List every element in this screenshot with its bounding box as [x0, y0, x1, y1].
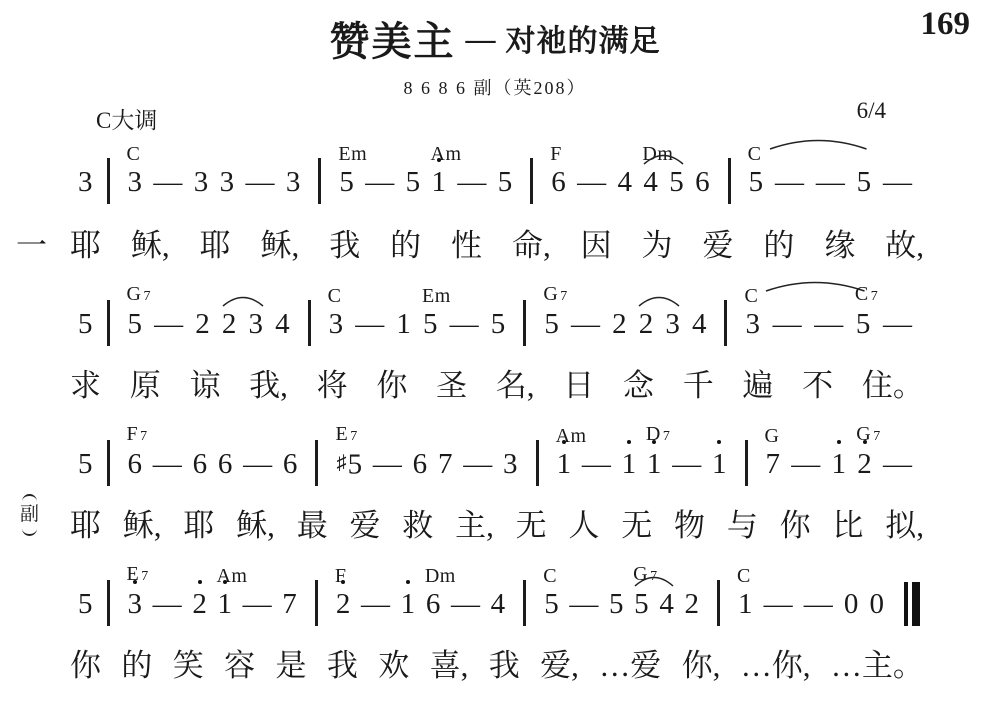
note-digit: 3: [194, 166, 209, 198]
note: 6: [193, 446, 208, 482]
lyric-syllable: 千: [683, 364, 714, 408]
note-digit: —: [883, 166, 912, 198]
lyric-syllable: 容: [224, 644, 255, 688]
note-digit: 3: [329, 308, 344, 340]
octave-dot: [198, 580, 202, 584]
lyric-syllable: 原: [130, 364, 161, 408]
note-digit: 3: [665, 308, 680, 340]
lyric-syllable: 稣,: [236, 504, 275, 548]
note-digit: 3: [78, 166, 93, 198]
lyric-syllable: 耶: [183, 504, 214, 548]
note-digit: 4: [491, 588, 506, 620]
note-digit: 5: [78, 308, 93, 340]
note: 2: [684, 586, 699, 622]
lyric-line-1: 一耶稣,耶稣,我的性命,因为爱的缘故,: [70, 224, 924, 268]
duration-dash: —: [373, 446, 402, 482]
note: 5: [491, 306, 506, 342]
note: 7: [438, 446, 453, 482]
octave-dot: [562, 440, 566, 444]
hymn-title-subtitle: 对祂的满足: [506, 25, 661, 58]
note: Am1: [557, 446, 572, 482]
note-digit: 5: [498, 166, 513, 198]
note: Em5: [423, 306, 438, 342]
duration-dash: —: [791, 446, 820, 482]
lyric-syllable: 比: [832, 504, 863, 548]
note-digit: —: [773, 308, 802, 340]
tie-arc: [765, 278, 866, 294]
note: 1: [401, 586, 416, 622]
lyric-syllable: 耶: [70, 224, 101, 268]
note-digit: —: [243, 588, 272, 620]
measure: C5——5—: [739, 164, 922, 200]
barline: [318, 158, 321, 204]
pickup-note: 3: [78, 164, 93, 200]
note-digit: 6: [426, 588, 441, 620]
note-digit: 5: [78, 448, 93, 480]
lyric-syllable: 稣,: [131, 224, 170, 268]
lyric-syllable: 我: [489, 644, 520, 688]
octave-dot: [341, 580, 345, 584]
verse-number: 一: [16, 224, 47, 268]
note-digit: 3: [286, 166, 301, 198]
lyric-syllable: 爱: [349, 504, 380, 548]
duration-dash: —: [775, 164, 804, 200]
chord-quality: 7: [140, 429, 148, 444]
note-digit: 3: [128, 588, 143, 620]
note: 1: [832, 446, 847, 482]
chord-quality: 7: [873, 429, 881, 444]
duration-dash: —: [243, 586, 272, 622]
note-digit: —: [791, 448, 820, 480]
note: C3: [128, 164, 143, 200]
duration-dash: —: [153, 446, 182, 482]
chord-root: Am: [431, 143, 462, 165]
barline: [107, 580, 110, 626]
note: F6: [551, 164, 566, 200]
rest-note: 0: [844, 586, 859, 622]
pickup-note: 5: [78, 446, 93, 482]
duration-dash: —: [451, 586, 480, 622]
lyric-syllable: 故,: [885, 224, 924, 268]
lyric-syllable: 耶: [70, 504, 101, 548]
duration-dash: —: [246, 164, 275, 200]
chord-root: Am: [216, 565, 247, 587]
note-digit: 4: [275, 308, 290, 340]
note-digit: —: [672, 448, 701, 480]
duration-dash: —: [883, 446, 912, 482]
note-digit: 6: [128, 448, 143, 480]
refrain-marker: 副: [20, 494, 39, 536]
note-digit: —: [571, 308, 600, 340]
note-digit: 5: [669, 166, 684, 198]
note: 1: [622, 446, 637, 482]
chord-label: Dm: [425, 568, 456, 585]
measure: F6—4Dm456: [541, 164, 719, 200]
lyric-syllable: 名,: [496, 364, 535, 408]
lyric-syllable: 我,: [249, 364, 288, 408]
note-digit: —: [153, 448, 182, 480]
lyric-syllable: 住。: [862, 364, 924, 408]
note: 1: [396, 306, 411, 342]
measure: E73—2Am1—7: [118, 586, 307, 622]
lyric-syllable: 我: [327, 644, 358, 688]
duration-dash: —: [243, 446, 272, 482]
note-digit: —: [246, 166, 275, 198]
chord-root: C: [737, 565, 751, 587]
octave-dot: [837, 440, 841, 444]
chord-root: C: [328, 285, 342, 307]
note-digit: 2: [612, 308, 627, 340]
note-digit: 6: [218, 448, 233, 480]
note: G7: [766, 446, 781, 482]
barline: [523, 300, 526, 346]
note: 2: [195, 306, 210, 342]
note-digit: —: [451, 588, 480, 620]
duration-dash: —: [773, 306, 802, 342]
lyric-syllable: 稣,: [123, 504, 162, 548]
note-digit: 1: [647, 448, 662, 480]
chord-label: Dm: [642, 146, 673, 163]
note: 1: [712, 446, 727, 482]
measure: C1——00: [728, 586, 894, 622]
octave-dot: [652, 440, 656, 444]
note-digit: —: [764, 588, 793, 620]
note-digit: 2: [336, 588, 351, 620]
barline: [728, 158, 731, 204]
duration-dash: —: [457, 164, 486, 200]
chord-label: Em: [338, 146, 367, 163]
note-digit: 3: [249, 308, 264, 340]
chord-quality: 7: [560, 289, 568, 304]
lyric-syllable: 拟,: [885, 504, 924, 548]
note: 2: [192, 586, 207, 622]
chord-root: F: [127, 423, 139, 445]
note: G72: [857, 446, 872, 482]
note-digit: 5: [857, 166, 872, 198]
lyric-syllable: 求: [70, 364, 101, 408]
lyric-syllable: 缘: [824, 224, 855, 268]
lyric-syllable: 欢: [378, 644, 409, 688]
chord-root: G: [633, 563, 648, 585]
chord-label: C: [328, 288, 342, 305]
note-digit: 0: [869, 588, 884, 620]
duration-dash: —: [153, 586, 182, 622]
meter-info: 8 6 8 6 副（英208）: [0, 74, 990, 100]
lyric-syllable: 物: [674, 504, 705, 548]
hymn-title-separator: —: [466, 23, 496, 56]
chord-label: D7: [646, 426, 670, 445]
note-digit: 2: [684, 588, 699, 620]
pickup-note: 5: [78, 306, 93, 342]
note-digit: —: [153, 588, 182, 620]
lyric-syllable: 命,: [512, 224, 551, 268]
note: 4: [618, 164, 633, 200]
music-line-2: 5G75—2234C3—1Em5—5G75—2234C3——C75—: [74, 300, 922, 342]
duration-dash: —: [571, 306, 600, 342]
note-digit: 5: [609, 588, 624, 620]
octave-dot: [863, 440, 867, 444]
note-digit: —: [355, 308, 384, 340]
refrain-label: 副: [20, 504, 39, 526]
lyric-syllable: 爱: [702, 224, 733, 268]
lyric-syllable: 的: [763, 224, 794, 268]
note-digit: 4: [692, 308, 707, 340]
chord-root: Dm: [425, 565, 456, 587]
lyric-syllable: 你: [376, 364, 407, 408]
note-digit: 5: [339, 166, 354, 198]
chord-root: F: [550, 143, 562, 165]
note: 3: [665, 306, 680, 342]
lyric-syllable: …主。: [831, 644, 924, 688]
lyric-syllable: 因: [581, 224, 612, 268]
chord-root: G: [765, 425, 780, 447]
note-digit: —: [243, 448, 272, 480]
lyric-syllable: …你,: [741, 644, 811, 688]
measure: Em5—5Am1—5: [329, 164, 522, 200]
time-signature: 6/4: [857, 98, 886, 124]
note-digit: —: [814, 308, 843, 340]
duration-dash: —: [804, 586, 833, 622]
note-digit: 5: [544, 308, 559, 340]
chord-root: C: [127, 143, 141, 165]
chord-root: C: [744, 285, 758, 307]
note: 5: [669, 164, 684, 200]
measure: G75—2234: [534, 306, 716, 342]
lyric-syllable: …爱: [599, 644, 661, 688]
chord-label: G7: [633, 566, 657, 585]
duration-dash: —: [361, 586, 390, 622]
duration-dash: —: [569, 586, 598, 622]
duration-dash: —: [582, 446, 611, 482]
note-digit: 6: [551, 166, 566, 198]
note-digit: 4: [618, 166, 633, 198]
note: 6: [413, 446, 428, 482]
hymn-title-main: 赞美主: [330, 20, 456, 64]
lyric-syllable: 我: [329, 224, 360, 268]
note: 5: [609, 586, 624, 622]
note-digit: —: [577, 166, 606, 198]
chord-root: F: [335, 565, 347, 587]
duration-dash: —: [365, 164, 394, 200]
note-digit: —: [463, 448, 492, 480]
chord-label: F: [550, 146, 562, 163]
barline: [315, 580, 318, 626]
lyric-syllable: 无: [621, 504, 652, 548]
barline: [530, 158, 533, 204]
chord-label: Am: [431, 146, 462, 163]
note-digit: 1: [832, 448, 847, 480]
note: 4: [275, 306, 290, 342]
note-digit: 2: [639, 308, 654, 340]
note-digit: 7: [282, 588, 297, 620]
duration-dash: —: [672, 446, 701, 482]
lyric-syllable: 将: [317, 364, 348, 408]
lyric-syllable: 是: [276, 644, 307, 688]
chord-label: C: [737, 568, 751, 585]
note: Dm4: [643, 164, 658, 200]
lyric-line-4: 你的笑容是我欢喜,我爱,…爱你,…你,…主。: [70, 644, 924, 688]
chord-root: E: [335, 423, 348, 445]
note: F76: [128, 446, 143, 482]
hymn-title: 赞美主—对祂的满足: [0, 10, 990, 67]
note-digit: —: [775, 166, 804, 198]
duration-dash: —: [816, 164, 845, 200]
note: 5: [498, 164, 513, 200]
note: 3: [249, 306, 264, 342]
note-digit: 5: [634, 588, 649, 620]
octave-dot: [627, 440, 631, 444]
note: 7: [282, 586, 297, 622]
barline: [107, 300, 110, 346]
note-digit: —: [569, 588, 598, 620]
note-digit: 2: [192, 588, 207, 620]
measure: F76—66—6: [118, 446, 308, 482]
note-digit: —: [816, 166, 845, 198]
barline: [523, 580, 526, 626]
note: 5: [406, 164, 421, 200]
note-digit: 5: [348, 448, 363, 480]
octave-dot: [437, 158, 441, 162]
note: E7♯5: [336, 445, 362, 482]
chord-label: C: [543, 568, 557, 585]
note: 3: [194, 164, 209, 200]
lyric-syllable: 不: [802, 364, 833, 408]
final-barline-thin: [904, 582, 908, 626]
measure: C3—33—3: [118, 164, 311, 200]
note: 6: [283, 446, 298, 482]
note: 3: [286, 164, 301, 200]
chord-label: Am: [556, 428, 587, 445]
barline: [308, 300, 311, 346]
duration-dash: —: [764, 586, 793, 622]
key-signature: C大调: [96, 102, 157, 135]
note: Am1: [432, 164, 447, 200]
note-digit: 6: [413, 448, 428, 480]
note-digit: 5: [78, 588, 93, 620]
chord-quality: 7: [871, 289, 879, 304]
duration-dash: —: [883, 306, 912, 342]
duration-dash: —: [814, 306, 843, 342]
lyric-syllable: 遍: [742, 364, 773, 408]
chord-label: E7: [127, 566, 149, 585]
duration-dash: —: [883, 164, 912, 200]
lyric-syllable: 无: [516, 504, 547, 548]
octave-dot: [223, 580, 227, 584]
lyric-syllable: 人: [568, 504, 599, 548]
note-digit: 4: [659, 588, 674, 620]
note: C1: [738, 586, 753, 622]
lyric-line-2: 求原谅我,将你圣名,日念千遍不住。: [70, 364, 924, 408]
note: 4: [491, 586, 506, 622]
lyric-syllable: 的: [390, 224, 421, 268]
music-line-4: 5E73—2Am1—7F2—1Dm6—4C5—5G7542C1——00: [74, 580, 922, 622]
note: G75: [634, 586, 649, 622]
note-digit: 0: [844, 588, 859, 620]
note: G75: [544, 306, 559, 342]
note: C75: [856, 306, 871, 342]
chord-label: Am: [216, 568, 247, 585]
octave-dot: [133, 580, 137, 584]
note-digit: 1: [401, 588, 416, 620]
music-line-3: 5F76—66—6E7♯5—67—3Am1—1D71—1G7—1G72—: [74, 440, 922, 482]
chord-label: C: [127, 146, 141, 163]
note-digit: 6: [193, 448, 208, 480]
note-digit: 1: [557, 448, 572, 480]
chord-label: G7: [127, 286, 151, 305]
note-digit: —: [153, 166, 182, 198]
note-digit: 5: [406, 166, 421, 198]
final-barline-thick: [912, 582, 920, 626]
duration-dash: —: [463, 446, 492, 482]
chord-quality: 7: [141, 569, 149, 584]
measure: E7♯5—67—3: [326, 445, 527, 482]
note: Am1: [217, 586, 232, 622]
note-digit: 5: [544, 588, 559, 620]
lyric-syllable: 念: [623, 364, 654, 408]
lyric-syllable: 性: [451, 224, 482, 268]
note-digit: —: [154, 308, 183, 340]
measure: C3——C75—: [735, 306, 922, 342]
note-digit: 6: [695, 166, 710, 198]
lyric-syllable: 耶: [200, 224, 231, 268]
lyric-line-3: 副耶稣,耶稣,最爱救主,无人无物与你比拟,: [70, 504, 924, 548]
chord-label: Em: [422, 288, 451, 305]
note-digit: 1: [622, 448, 637, 480]
note-digit: 5: [749, 166, 764, 198]
chord-label: E7: [335, 426, 357, 445]
note-digit: —: [365, 166, 394, 198]
note-digit: 7: [438, 448, 453, 480]
sharp-icon: ♯: [336, 452, 346, 474]
tie-arc: [769, 136, 868, 152]
note-digit: 3: [220, 166, 235, 198]
note: F2: [336, 586, 351, 622]
chord-label: C: [744, 288, 758, 305]
note-digit: 5: [856, 308, 871, 340]
note: C3: [329, 306, 344, 342]
measure: G7—1G72—: [756, 446, 922, 482]
note: E73: [128, 586, 143, 622]
lyric-syllable: 救: [402, 504, 433, 548]
note: 6: [695, 164, 710, 200]
chord-quality: 7: [650, 569, 658, 584]
chord-label: F7: [127, 426, 148, 445]
note: Dm6: [426, 586, 441, 622]
lyric-syllable: 你: [780, 504, 811, 548]
hymn-sheet-page: 169 赞美主—对祂的满足 8 6 8 6 副（英208） C大调 6/4 3C…: [0, 0, 990, 716]
chord-root: Em: [338, 143, 367, 165]
note-digit: —: [361, 588, 390, 620]
duration-dash: —: [577, 164, 606, 200]
note: G75: [128, 306, 143, 342]
note: 2: [639, 306, 654, 342]
note-digit: 1: [738, 588, 753, 620]
note: 6: [218, 446, 233, 482]
measure: F2—1Dm6—4: [326, 586, 515, 622]
note-digit: —: [883, 448, 912, 480]
chord-quality: 7: [350, 429, 358, 444]
final-barline: [904, 582, 920, 626]
note: 4: [692, 306, 707, 342]
note-digit: —: [804, 588, 833, 620]
chord-root: Em: [422, 285, 451, 307]
lyric-syllable: 笑: [173, 644, 204, 688]
duration-dash: —: [450, 306, 479, 342]
note-digit: —: [457, 166, 486, 198]
note-digit: 5: [491, 308, 506, 340]
note: D71: [647, 446, 662, 482]
duration-dash: —: [154, 306, 183, 342]
